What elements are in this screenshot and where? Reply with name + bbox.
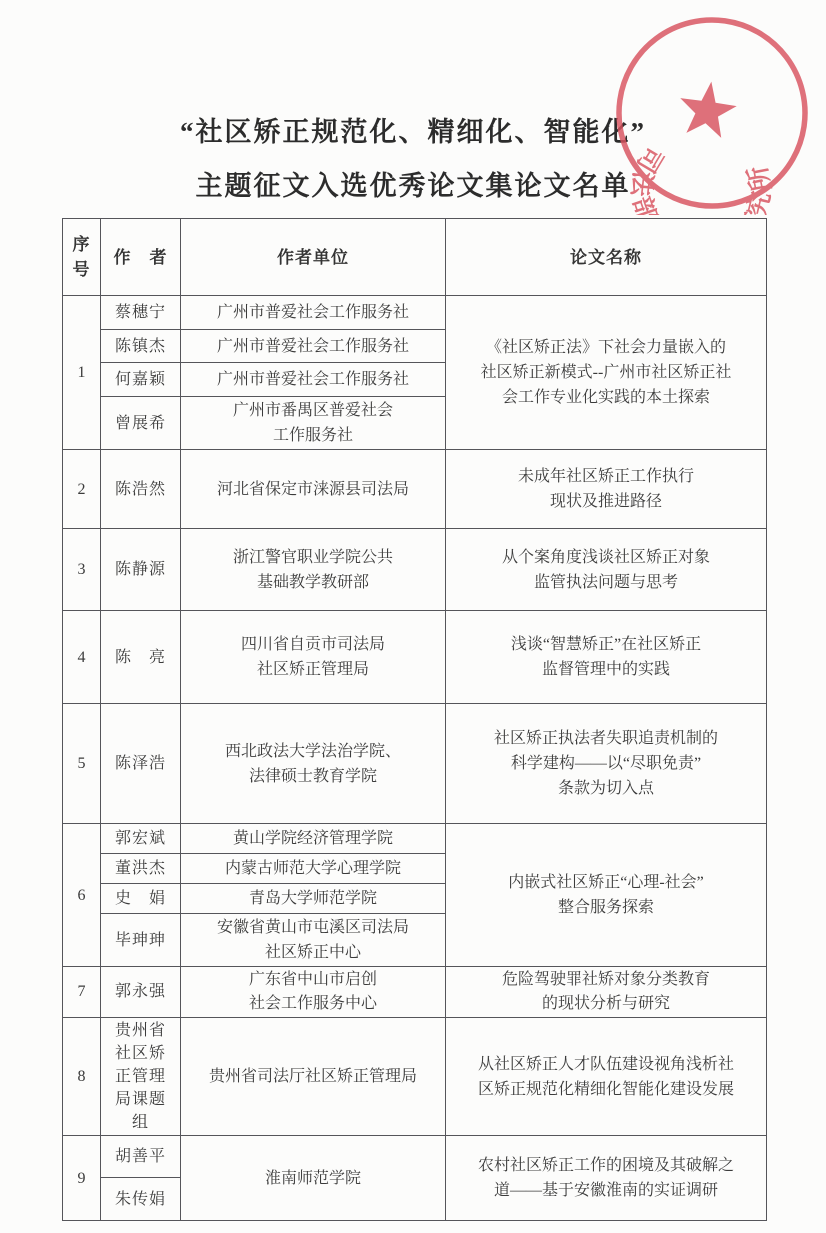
table-row: 1 蔡穗宁 广州市普爱社会工作服务社 《社区矫正法》下社会力量嵌入的 社区矫正新…: [63, 296, 767, 330]
author-cell: 陈 亮: [101, 611, 181, 704]
table-row: 7 郭永强 广东省中山市启创 社会工作服务中心 危险驾驶罪社矫对象分类教育 的现…: [63, 967, 767, 1018]
unit-cell: 广东省中山市启创 社会工作服务中心: [181, 967, 446, 1018]
row-num: 4: [63, 611, 101, 704]
row-num: 5: [63, 704, 101, 824]
paper-cell: 从个案角度浅谈社区矫正对象 监管执法问题与思考: [446, 529, 767, 611]
row-num: 7: [63, 967, 101, 1018]
author-cell: 陈镇杰: [101, 330, 181, 363]
author-cell: 陈浩然: [101, 450, 181, 529]
unit-cell: 贵州省司法厅社区矫正管理局: [181, 1018, 446, 1136]
paper-cell: 浅谈“智慧矫正”在社区矫正 监督管理中的实践: [446, 611, 767, 704]
unit-cell: 河北省保定市涞源县司法局: [181, 450, 446, 529]
unit-cell: 广州市番禺区普爱社会 工作服务社: [181, 397, 446, 450]
unit-cell: 西北政法大学法治学院、 法律硕士教育学院: [181, 704, 446, 824]
row-num: 1: [63, 296, 101, 450]
table-row: 2 陈浩然 河北省保定市涞源县司法局 未成年社区矫正工作执行 现状及推进路径: [63, 450, 767, 529]
author-cell: 史 娟: [101, 884, 181, 914]
paper-cell: 《社区矫正法》下社会力量嵌入的 社区矫正新模式--广州市社区矫正社 会工作专业化…: [446, 296, 767, 450]
paper-cell: 社区矫正执法者失职追责机制的 科学建构——以“尽职免责” 条款为切入点: [446, 704, 767, 824]
paper-cell: 从社区矫正人才队伍建设视角浅析社 区矫正规范化精细化智能化建设发展: [446, 1018, 767, 1136]
paper-cell: 未成年社区矫正工作执行 现状及推进路径: [446, 450, 767, 529]
title-line-2: 主题征文入选优秀论文集论文名单: [0, 164, 826, 203]
author-cell: 陈泽浩: [101, 704, 181, 824]
unit-cell: 广州市普爱社会工作服务社: [181, 363, 446, 397]
author-cell: 董洪杰: [101, 854, 181, 884]
unit-cell: 淮南师范学院: [181, 1136, 446, 1221]
unit-cell: 四川省自贡市司法局 社区矫正管理局: [181, 611, 446, 704]
author-cell: 毕珅珅: [101, 914, 181, 967]
author-cell: 朱传娟: [101, 1178, 181, 1221]
unit-cell: 广州市普爱社会工作服务社: [181, 296, 446, 330]
paper-cell: 危险驾驶罪社矫对象分类教育 的现状分析与研究: [446, 967, 767, 1018]
author-cell: 何嘉颖: [101, 363, 181, 397]
table-row: 9 胡善平 淮南师范学院 农村社区矫正工作的困境及其破解之 道——基于安徽淮南的…: [63, 1136, 767, 1178]
row-num: 3: [63, 529, 101, 611]
unit-cell: 安徽省黄山市屯溪区司法局 社区矫正中心: [181, 914, 446, 967]
row-num: 2: [63, 450, 101, 529]
col-header-unit: 作者单位: [181, 219, 446, 296]
unit-cell: 黄山学院经济管理学院: [181, 824, 446, 854]
author-cell: 胡善平: [101, 1136, 181, 1178]
table-row: 5 陈泽浩 西北政法大学法治学院、 法律硕士教育学院 社区矫正执法者失职追责机制…: [63, 704, 767, 824]
header-row: 序 号 作 者 作者单位 论文名称: [63, 219, 767, 296]
author-cell: 陈静源: [101, 529, 181, 611]
table-row: 6 郭宏斌 黄山学院经济管理学院 内嵌式社区矫正“心理-社会” 整合服务探索: [63, 824, 767, 854]
unit-cell: 青岛大学师范学院: [181, 884, 446, 914]
row-num: 8: [63, 1018, 101, 1136]
author-cell: 蔡穗宁: [101, 296, 181, 330]
col-header-paper: 论文名称: [446, 219, 767, 296]
author-cell: 郭宏斌: [101, 824, 181, 854]
author-cell: 曾展希: [101, 397, 181, 450]
table-row: 3 陈静源 浙江警官职业学院公共 基础教学教研部 从个案角度浅谈社区矫正对象 监…: [63, 529, 767, 611]
paper-cell: 农村社区矫正工作的困境及其破解之 道——基于安徽淮南的实证调研: [446, 1136, 767, 1221]
row-num: 6: [63, 824, 101, 967]
table-row: 8 贵州省 社区矫 正管理 局课题 组 贵州省司法厅社区矫正管理局 从社区矫正人…: [63, 1018, 767, 1136]
author-cell: 郭永强: [101, 967, 181, 1018]
row-num: 9: [63, 1136, 101, 1221]
col-header-author: 作 者: [101, 219, 181, 296]
author-cell: 贵州省 社区矫 正管理 局课题 组: [101, 1018, 181, 1136]
unit-cell: 内蒙古师范大学心理学院: [181, 854, 446, 884]
table-row: 4 陈 亮 四川省自贡市司法局 社区矫正管理局 浅谈“智慧矫正”在社区矫正 监督…: [63, 611, 767, 704]
title-line-1: “社区矫正规范化、精细化、智能化”: [0, 110, 826, 149]
unit-cell: 浙江警官职业学院公共 基础教学教研部: [181, 529, 446, 611]
papers-table: 序 号 作 者 作者单位 论文名称 1 蔡穗宁 广州市普爱社会工作服务社 《社区…: [62, 218, 767, 1221]
unit-cell: 广州市普爱社会工作服务社: [181, 330, 446, 363]
col-header-num: 序 号: [63, 219, 101, 296]
paper-cell: 内嵌式社区矫正“心理-社会” 整合服务探索: [446, 824, 767, 967]
